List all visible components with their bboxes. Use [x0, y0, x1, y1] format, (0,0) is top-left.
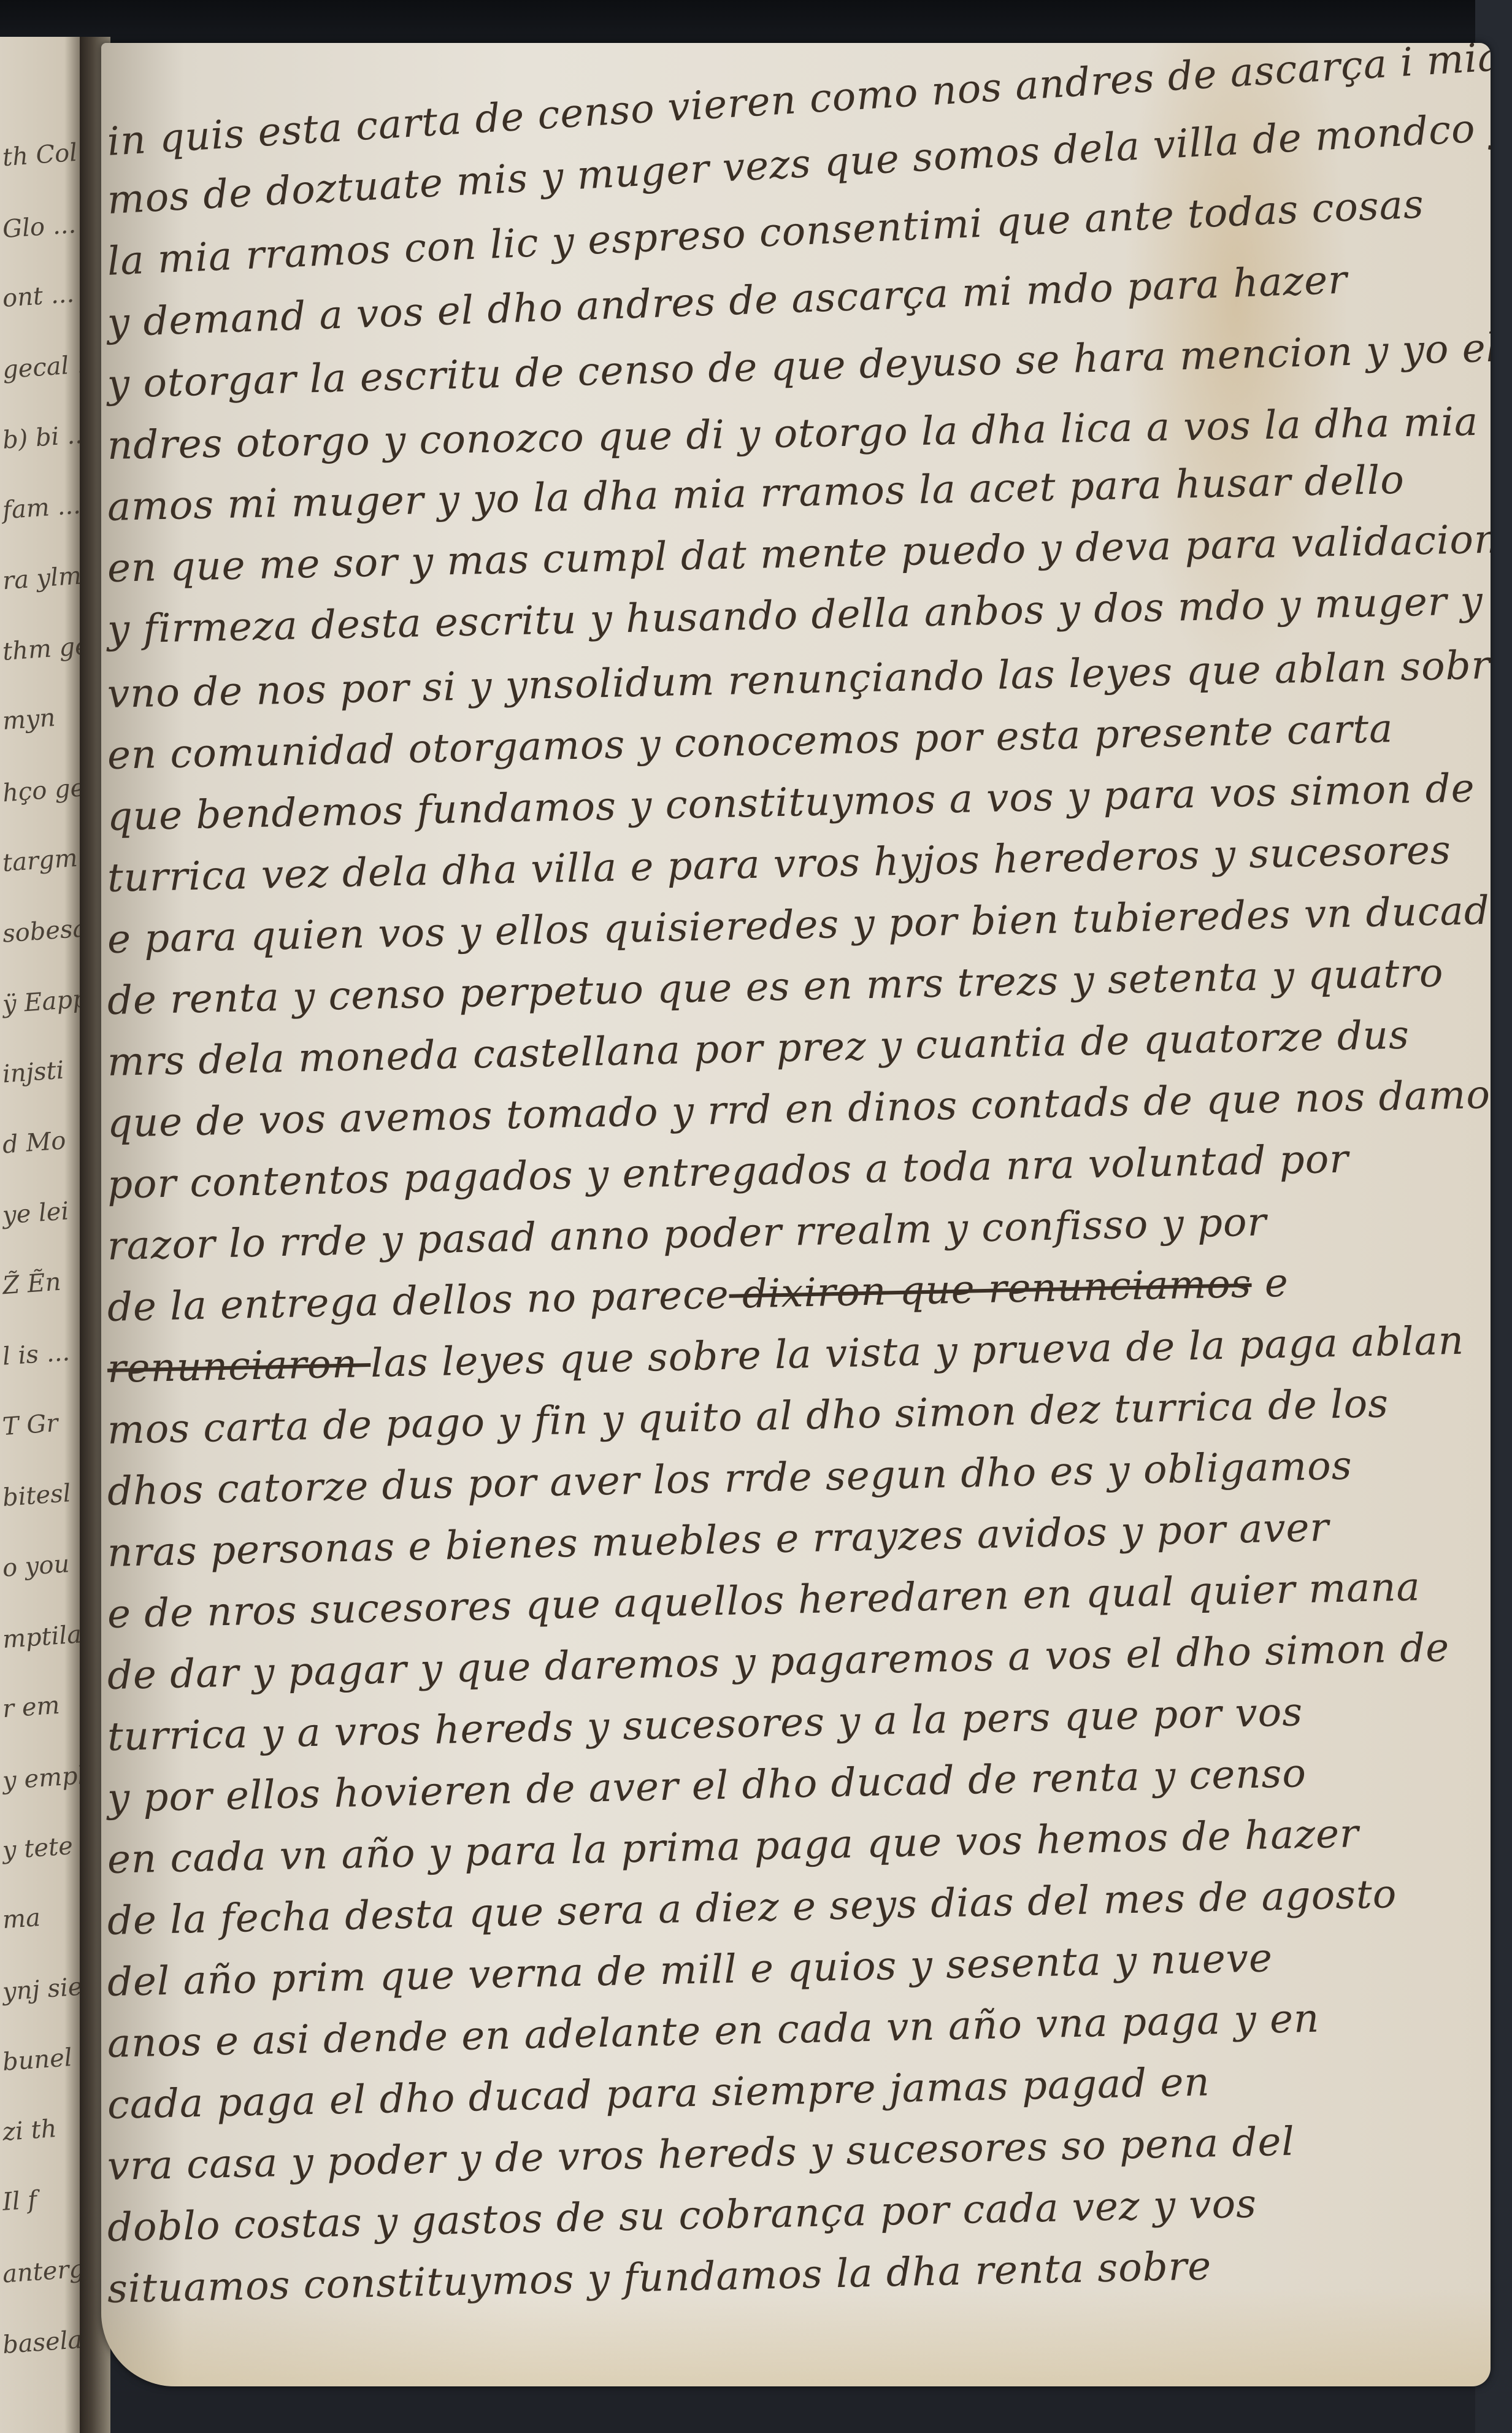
line-text: que de vos avemos tomado y rrd en dinos …: [107, 1072, 1491, 1147]
facing-page-text: baselaf: [2, 2325, 92, 2359]
facing-page-text: ynj sie: [2, 1973, 83, 2007]
facing-page-text: l is ...: [2, 1338, 71, 1371]
manuscript-line: razor lo rrde y pasad anno poder rrealm …: [107, 1199, 1469, 1266]
line-text: anos e asi dende en adelante en cada vn …: [107, 1996, 1320, 2067]
manuscript-line: vra casa y poder y de vros hereds y suce…: [107, 2119, 1469, 2186]
facing-page-text: hço gey: [2, 773, 92, 808]
facing-page-text: y emple: [2, 1761, 92, 1796]
facing-page-text: b) bi ...: [2, 420, 91, 455]
manuscript-line: del año prim que verna de mill e quios y…: [107, 1935, 1469, 2002]
facing-page-text: ont ...: [2, 280, 75, 313]
manuscript-line: turrica y a vros hereds y sucesores y a …: [107, 1689, 1469, 1757]
facing-page-text: anterg: [2, 2254, 86, 2288]
manuscript-line: de dar y pagar y que daremos y pagaremos…: [107, 1628, 1469, 1696]
line-text: y por ellos hovieren de aver el dho duca…: [107, 1751, 1307, 1821]
manuscript-line: en que me sor y mas cumpl dat mente pued…: [107, 521, 1469, 588]
manuscript-line: dhos catorze dus por aver los rrde segun…: [107, 1444, 1469, 1512]
line-text: razor lo rrde y pasad anno poder rrealm …: [107, 1199, 1267, 1269]
facing-page-text: Il f: [1, 2186, 37, 2216]
manuscript-page: in quis esta carta de censo vieren como …: [101, 43, 1491, 2386]
line-text: del año prim que verna de mill e quios y…: [107, 1935, 1273, 2005]
line-suffix: e: [1251, 1261, 1289, 1307]
line-text: doblo costas y gastos de su cobrança por…: [107, 2181, 1257, 2251]
manuscript-line: e de nros sucesores que aquellos heredar…: [107, 1567, 1469, 1634]
line-text: de la entrega dellos no parece: [107, 1272, 729, 1331]
manuscript-line: de la fecha desta que sera a diez e seys…: [107, 1874, 1469, 1941]
manuscript-line: e para quien vos y ellos quisieredes y p…: [107, 892, 1469, 959]
facing-page-text: myn: [2, 704, 56, 736]
manuscript-line: que bendemos fundamos y constituymos a v…: [107, 769, 1469, 837]
facing-page-text: r em: [2, 1691, 61, 1723]
manuscript-line: nras personas e bienes muebles e rrayzes…: [107, 1505, 1469, 1573]
facing-page-text: bitesl: [2, 1479, 72, 1512]
manuscript-line: ndres otorgo y conozco que di y otorgo l…: [107, 402, 1469, 466]
manuscript-line: y otorgar la escritu de censo de que dey…: [107, 329, 1469, 404]
manuscript-line: cada paga el dho ducad para siempre jama…: [107, 2058, 1469, 2125]
facing-page-text: y tete: [2, 1832, 74, 1865]
line-text: nras personas e bienes muebles e rrayzes…: [107, 1505, 1329, 1576]
manuscript-line: que de vos avemos tomado y rrd en dinos …: [107, 1076, 1469, 1143]
facing-page-text: Glo ... he: [2, 208, 92, 244]
line-text: situamos constituymos y fundamos la dha …: [107, 2243, 1212, 2312]
line-text: turrica vez dela dha villa e para vros h…: [107, 828, 1451, 901]
line-text: de renta y censo perpetuo que es en mrs …: [107, 950, 1444, 1024]
line-text: de dar y pagar y que daremos y pagaremos…: [107, 1625, 1450, 1699]
manuscript-line: de la entrega dellos no parece dixiron q…: [107, 1260, 1469, 1328]
facing-page-text: bunel: [2, 2043, 74, 2077]
manuscript-line: situamos constituymos y fundamos la dha …: [107, 2242, 1469, 2309]
line-text: y firmeza desta escritu y husando della …: [107, 576, 1491, 653]
manuscript-line: renunciaron las leyes que sobre la vista…: [107, 1321, 1469, 1389]
facing-page-text: gecal ...: [2, 350, 92, 385]
facing-page-text: mptilas: [2, 1620, 92, 1654]
facing-page-text: d Mo: [2, 1126, 67, 1159]
struck-text: renunciaron: [107, 1341, 371, 1392]
line-text: ndres otorgo y conozco que di y otorgo l…: [107, 399, 1478, 469]
line-text: por contentos pagados y entregados a tod…: [107, 1137, 1349, 1208]
manuscript-line: y firmeza desta escritu y husando della …: [107, 582, 1469, 650]
facing-page-text: T Gr: [2, 1409, 59, 1441]
manuscript-line: y por ellos hovieren de aver el dho duca…: [107, 1751, 1469, 1818]
facing-page-text: ra ylm: [2, 562, 83, 596]
manuscript-line: amos mi muger y yo la dha mia rramos la …: [107, 459, 1469, 527]
line-text: mrs dela moneda castellana por prez y cu…: [107, 1013, 1410, 1085]
manuscript-line: turrica vez dela dha villa e para vros h…: [107, 831, 1469, 898]
facing-page-text: ÿ Eapp: [2, 985, 89, 1019]
line-text: e de nros sucesores que aquellos heredar…: [107, 1564, 1421, 1637]
facing-page-text: Z̃ Ẽn: [2, 1268, 62, 1301]
struck-text: dixiron que renunciamos: [729, 1261, 1252, 1318]
manuscript-line: doblo costas y gastos de su cobrança por…: [107, 2180, 1469, 2248]
line-text: en cada vn año y para la prima paga que …: [107, 1811, 1359, 1883]
manuscript-line: mos carta de pago y fin y quito al dho s…: [107, 1383, 1469, 1450]
line-text: vno de nos por si y ynsolidum renunçiand…: [107, 641, 1491, 717]
facing-page-text: ye lei: [2, 1197, 70, 1229]
facing-page-text: targm: [2, 844, 79, 877]
line-text: mos carta de pago y fin y quito al dho s…: [107, 1381, 1389, 1453]
line-text: en comunidad otorgamos y conocemos por e…: [107, 706, 1394, 778]
manuscript-line: por contentos pagados y entregados a tod…: [107, 1137, 1469, 1205]
line-text: dhos catorze dus por aver los rrde segun…: [107, 1443, 1353, 1514]
facing-page-text: zi th: [2, 2115, 58, 2147]
manuscript-line: de renta y censo perpetuo que es en mrs …: [107, 953, 1469, 1021]
facing-page-text: thm ge: [2, 632, 91, 666]
facing-page-text: o you: [2, 1550, 71, 1583]
manuscript-line: anos e asi dende en adelante en cada vn …: [107, 1996, 1469, 2064]
line-text: e para quien vos y ellos quisieredes y p…: [107, 888, 1490, 963]
facing-page-text: fam ...: [2, 491, 82, 525]
manuscript-line: en cada vn año y para la prima paga que …: [107, 1812, 1469, 1880]
line-text: amos mi muger y yo la dha mia rramos la …: [107, 458, 1405, 530]
line-text: las leyes que sobre la vista y prueva de…: [370, 1318, 1464, 1386]
manuscript-line: vno de nos por si y ynsolidum renunçiand…: [107, 647, 1469, 714]
line-text: en que me sor y mas cumpl dat mente pued…: [107, 517, 1491, 591]
line-text: que bendemos fundamos y constituymos a v…: [107, 766, 1475, 840]
facing-page-text: th Col: [2, 139, 79, 172]
manuscript-line: mrs dela moneda castellana por prez y cu…: [107, 1015, 1469, 1082]
facing-page-text: injsti: [2, 1056, 65, 1089]
manuscript-line: en comunidad otorgamos y conocemos por e…: [107, 708, 1469, 775]
line-text: turrica y a vros hereds y sucesores y a …: [107, 1689, 1303, 1760]
line-text: cada paga el dho ducad para siempre jama…: [107, 2059, 1210, 2128]
line-text: vra casa y poder y de vros hereds y suce…: [107, 2119, 1295, 2189]
line-text: de la fecha desta que sera a diez e seys…: [107, 1872, 1397, 1944]
facing-page-fragment: th ColGlo ... heont ...gecal ...b) bi ..…: [0, 37, 92, 2433]
facing-page-text: sobesa: [2, 914, 88, 948]
facing-page-text: ma: [1, 1904, 41, 1934]
